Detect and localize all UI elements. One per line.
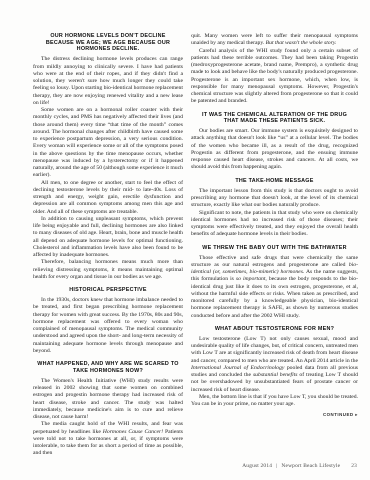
footer-issue-date: August 2014: [242, 463, 272, 469]
page-footer: August 2014 | Newport Beach Lifestyle 23: [242, 463, 357, 469]
italic-run-benefits: substantial benefits: [253, 372, 298, 378]
paragraph-significant-note: Significant to note, the patients in tha…: [191, 210, 358, 239]
section-heading-what-happened: WHAT HAPPENED, AND WHY ARE WE SCARED TO …: [36, 361, 180, 374]
paragraph-bio-identical: Those effective and safe drugs that were…: [191, 255, 358, 320]
paragraph-whi-study: The Women's Health Initiative (WHI) stud…: [33, 378, 183, 422]
paragraph-history: In the 1930s, doctors knew that hormone …: [33, 297, 183, 355]
paragraph-diseases-of-age: In addition to causing unpleasant sympto…: [33, 216, 183, 260]
footer-magazine-name: Newport Beach Lifestyle: [281, 463, 340, 469]
continued-marker: CONTINUED ▸: [191, 412, 358, 418]
footer-divider: |: [276, 463, 277, 469]
italic-run-headline: Hormones Cause Cancer!: [103, 429, 163, 435]
paragraph-lesson: The important lesson from this study is …: [191, 188, 358, 210]
footer-page-number: 23: [351, 463, 357, 469]
section-heading-hormone-decline: OUR HORMONE LEVELS DON'T DECLINE BECAUSE…: [36, 33, 180, 53]
paragraph-careful-analysis: Careful analysis of the WHI study found …: [191, 48, 358, 106]
paragraph-immune-response: Our bodies are smart. Our immune system …: [191, 128, 358, 172]
paragraph-bottom-line: Men, the bottom line is that if you have…: [191, 394, 358, 409]
right-column: quit. Many women were left to suffer the…: [191, 33, 358, 458]
paragraph-quit-continuation: quit. Many women were left to suffer the…: [191, 33, 358, 48]
section-heading-take-home-message: THE TAKE-HOME MESSAGE: [194, 178, 355, 185]
paragraph-balancing-hormones: Therefore, balancing hormones means much…: [33, 259, 183, 281]
section-heading-chemical-alteration: IT WAS THE CHEMICAL ALTERATION OF THE DR…: [194, 112, 355, 125]
article-columns: OUR HORMONE LEVELS DON'T DECLINE BECAUSE…: [33, 33, 358, 458]
text-run: Those effective and safe drugs that were…: [191, 255, 358, 268]
paragraph-men-testosterone: All men, to one degree or another, start…: [33, 180, 183, 216]
section-heading-testosterone-for-men: WHAT ABOUT TESTOSTERONE FOR MEN?: [194, 326, 355, 333]
italic-run-so-important: so important: [236, 276, 266, 282]
text-run: Low testosterone (Low T) not only causes…: [191, 336, 358, 364]
left-column: OUR HORMONE LEVELS DON'T DECLINE BECAUSE…: [33, 33, 183, 458]
section-heading-historical-perspective: HISTORICAL PERSPECTIVE: [36, 287, 180, 294]
text-run: , because the body responds to the bio-i…: [191, 276, 358, 318]
magazine-article-page: OUR HORMONE LEVELS DON'T DECLINE BECAUSE…: [0, 0, 370, 480]
italic-run-journal: International Journal of Endocrinology: [191, 365, 284, 371]
paragraph-low-t: Low testosterone (Low T) not only causes…: [191, 336, 358, 394]
paragraph-women-cycles: Some women are on a hormonal roller coas…: [33, 107, 183, 180]
continued-label: CONTINUED: [323, 412, 354, 417]
section-heading-bathwater: WE THREW THE BABY OUT WITH THE BATHWATER: [194, 245, 355, 252]
italic-run-whole-story: But that wasn't the whole story.: [266, 40, 337, 46]
continued-arrow-icon: ▸: [355, 412, 358, 417]
paragraph-media-fear: The media caught hold of the WHI results…: [33, 421, 183, 457]
paragraph-distress: The distress declining hormone levels pr…: [33, 56, 183, 107]
